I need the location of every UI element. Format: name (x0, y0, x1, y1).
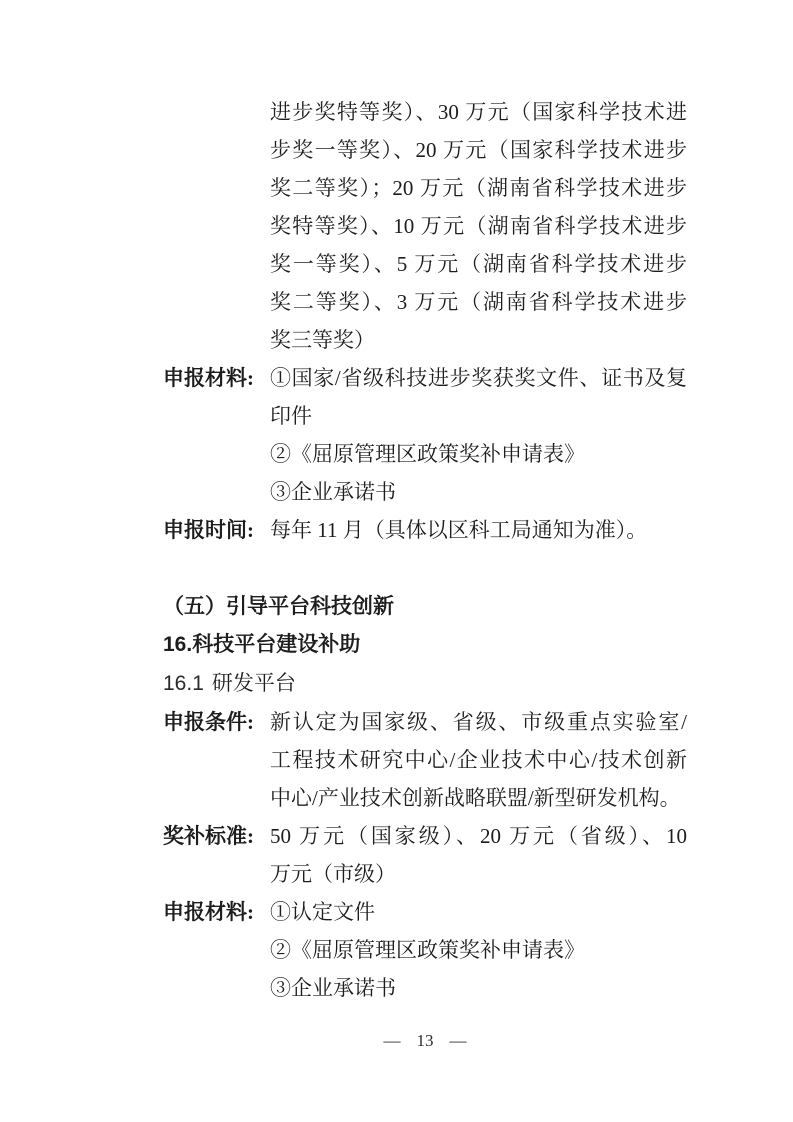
item-16-heading: 16.科技平台建设补助 (163, 625, 687, 664)
section-5-heading: （五）引导平台科技创新 (163, 587, 687, 625)
body-line: 进步奖特等奖）、30 万元（国家科学技术进 (270, 93, 687, 131)
paragraph-time-1: 申报时间: 每年 11 月（具体以区科工局通知为准）。 (163, 511, 687, 549)
item-16-1-subheading: 16.1研发平台 (163, 664, 687, 703)
body-line: 中心/产业技术创新战略联盟/新型研发机构。 (270, 779, 687, 817)
condition-label: 申报条件: (163, 703, 270, 741)
body-line: ③企业承诺书 (270, 473, 687, 511)
footer-dash-right: — (450, 1030, 467, 1052)
body-line: 奖一等奖）、5 万元（湖南省科学技术进步 (270, 245, 687, 283)
body-line: 奖二等奖）；20 万元（湖南省科学技术进步 (270, 169, 687, 207)
time-label: 申报时间: (163, 511, 270, 549)
materials-label: 申报材料: (163, 359, 270, 397)
document-page: 进步奖特等奖）、30 万元（国家科学技术进 步奖一等奖）、20 万元（国家科学技… (0, 0, 793, 1122)
body-line: ③企业承诺书 (270, 969, 687, 1007)
blank-line (163, 549, 687, 587)
footer-dash-left: — (384, 1030, 401, 1052)
text-block: 进步奖特等奖）、30 万元（国家科学技术进 步奖一等奖）、20 万元（国家科学技… (163, 93, 687, 1007)
body-line: 新认定为国家级、省级、市级重点实验室/ (270, 703, 687, 741)
standard-label: 奖补标准: (163, 817, 270, 855)
body-line: 印件 (270, 397, 687, 435)
paragraph-condition: 申报条件: 新认定为国家级、省级、市级重点实验室/ 工程技术研究中心/企业技术中… (163, 703, 687, 817)
page-footer: — 13 — (163, 1030, 687, 1052)
body-line: 50 万元（国家级）、20 万元（省级）、10 (270, 817, 687, 855)
body-line: ②《屈原管理区政策奖补申请表》 (270, 435, 687, 473)
body-line: 步奖一等奖）、20 万元（国家科学技术进步 (270, 131, 687, 169)
materials-label: 申报材料: (163, 893, 270, 931)
body-line: 奖三等奖） (270, 321, 687, 359)
body-line: 奖特等奖）、10 万元（湖南省科学技术进步 (270, 207, 687, 245)
page-number: 13 (417, 1030, 434, 1052)
body-line: ①认定文件 (270, 893, 687, 931)
paragraph-continuation: 进步奖特等奖）、30 万元（国家科学技术进 步奖一等奖）、20 万元（国家科学技… (163, 93, 687, 359)
paragraph-materials-2: 申报材料: ①认定文件 ②《屈原管理区政策奖补申请表》 ③企业承诺书 (163, 893, 687, 1007)
body-line: ①国家/省级科技进步奖获奖文件、证书及复 (270, 359, 687, 397)
body-line: 每年 11 月（具体以区科工局通知为准）。 (270, 511, 687, 549)
paragraph-materials-1: 申报材料: ①国家/省级科技进步奖获奖文件、证书及复 印件 ②《屈原管理区政策奖… (163, 359, 687, 511)
item-16-1-title: 研发平台 (212, 671, 296, 695)
paragraph-standard: 奖补标准: 50 万元（国家级）、20 万元（省级）、10 万元（市级） (163, 817, 687, 893)
item-16-title: 科技平台建设补助 (192, 632, 360, 656)
body-line: 工程技术研究中心/企业技术中心/技术创新 (270, 741, 687, 779)
item-16-1-number: 16.1 (163, 672, 204, 695)
body-line: 奖二等奖）、3 万元（湖南省科学技术进步 (270, 283, 687, 321)
item-16-number: 16. (163, 633, 192, 656)
body-line: 万元（市级） (270, 855, 687, 893)
body-line: ②《屈原管理区政策奖补申请表》 (270, 931, 687, 969)
